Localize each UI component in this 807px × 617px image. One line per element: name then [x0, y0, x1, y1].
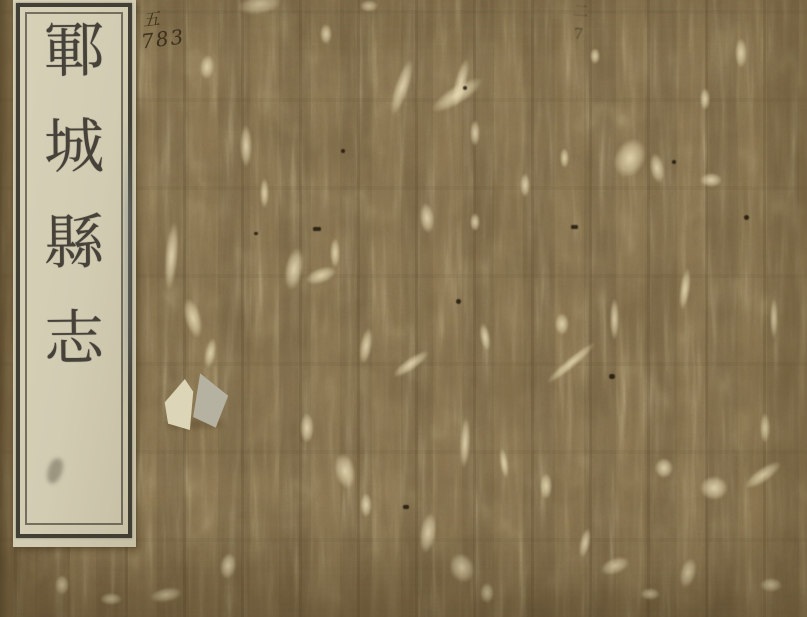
- label-worn-edge: [124, 120, 132, 420]
- shelfmark-number: 783: [140, 26, 186, 52]
- title-char-3: 縣: [43, 196, 104, 291]
- title-char-4: 志: [43, 292, 104, 387]
- title-char-1: 鄆: [43, 4, 104, 99]
- title-char-2: 城: [43, 100, 104, 195]
- corner-annotation: 二7: [567, 2, 592, 51]
- book-title-vertical: 鄆 城 縣 志: [23, 4, 124, 386]
- book-cover-photo: 鄆 城 縣 志 五 783 二7: [0, 0, 807, 617]
- title-label-slip: 鄆 城 縣 志: [13, 0, 136, 547]
- shelfmark-annotation: 五 783: [138, 8, 187, 52]
